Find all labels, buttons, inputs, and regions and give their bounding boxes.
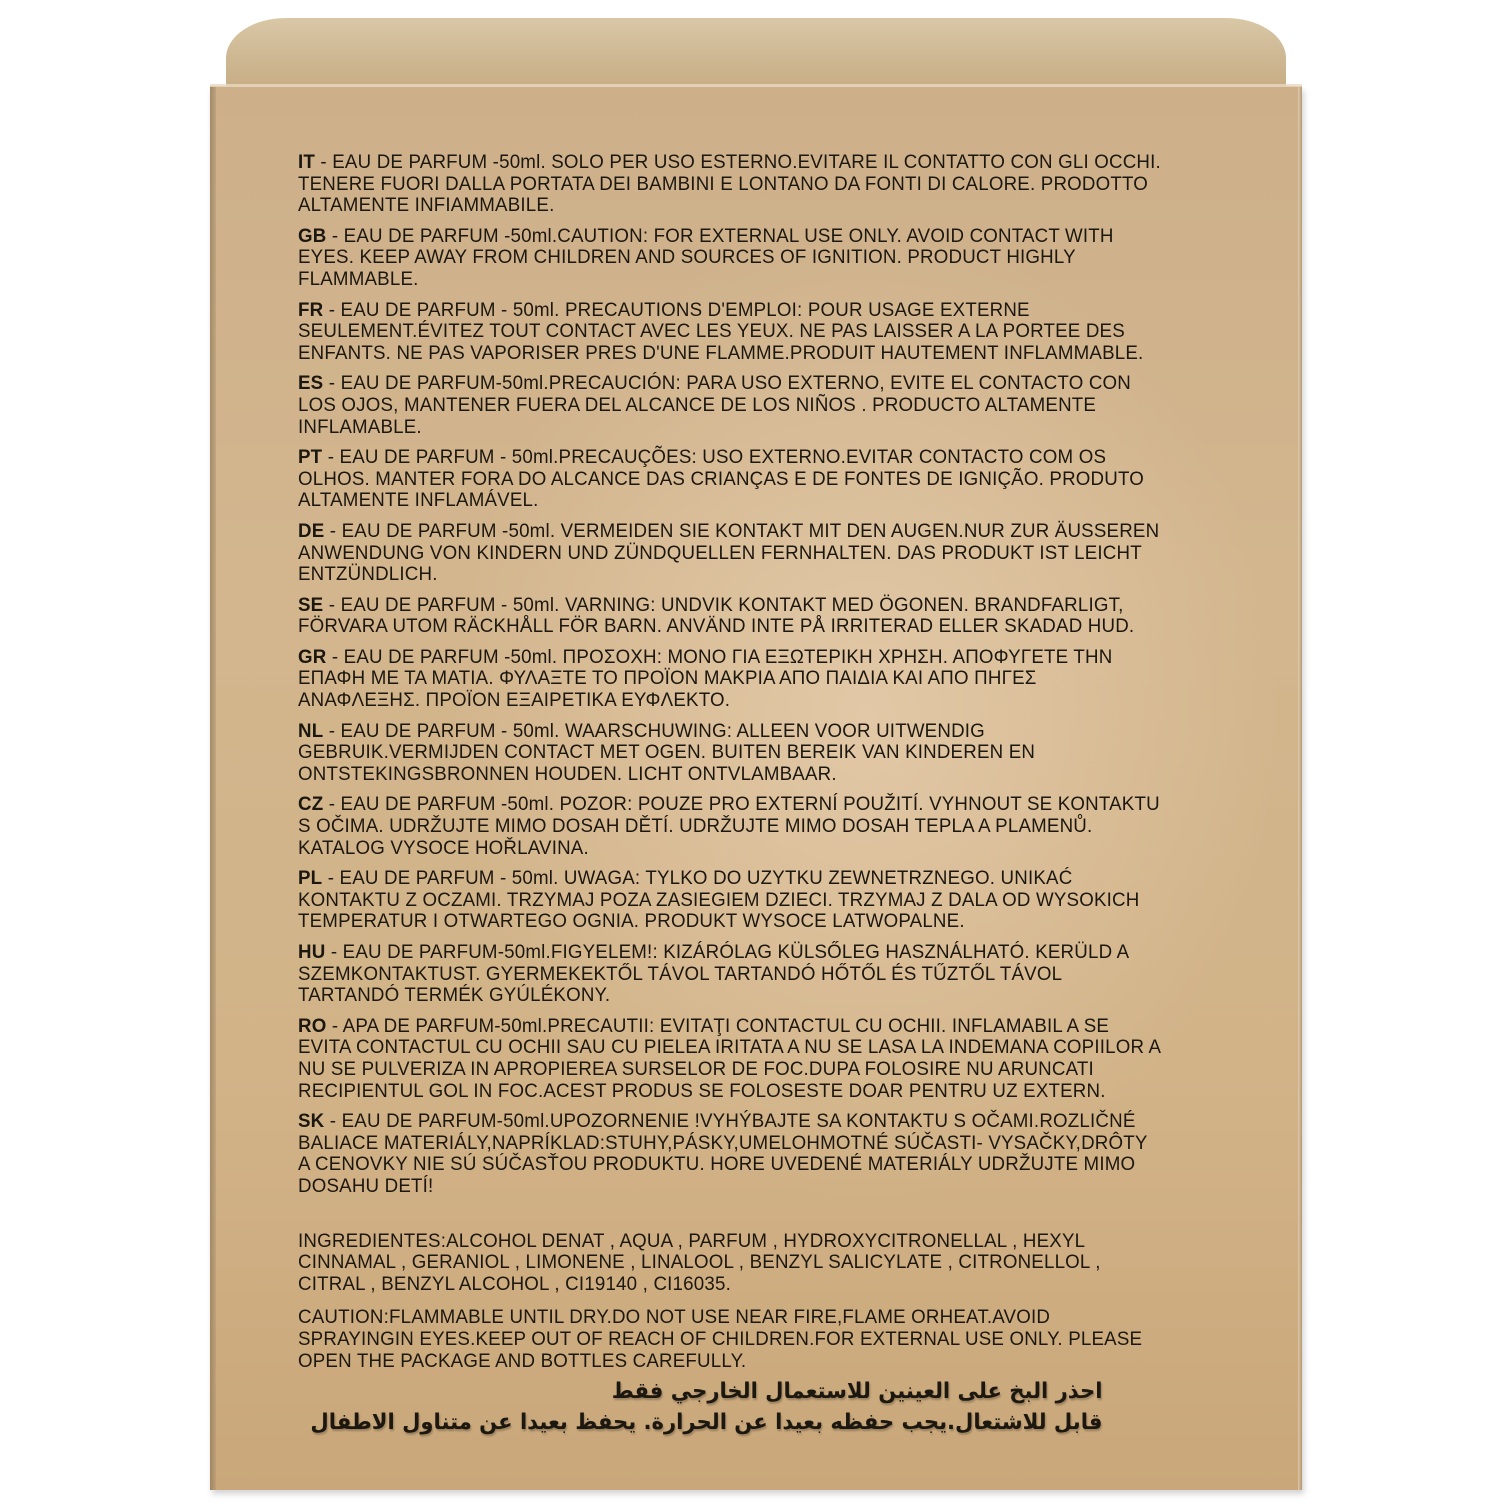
language-code: GB [298, 225, 326, 247]
warning-block-ro: RO - APA DE PARFUM-50ml.PRECAUTII: EVITA… [298, 1016, 1162, 1102]
warning-text: - APA DE PARFUM-50ml.PRECAUTII: EVITAŢI … [298, 1015, 1160, 1102]
warning-text: - EAU DE PARFUM - 50ml. PRECAUTIONS D'EM… [298, 299, 1143, 364]
lid-crease [210, 84, 1302, 87]
language-code: SE [298, 594, 323, 616]
warning-block-nl: NL - EAU DE PARFUM - 50ml. WAARSCHUWING:… [298, 721, 1162, 786]
warning-block-hu: HU - EAU DE PARFUM-50ml.FIGYELEM!: KIZÁR… [298, 942, 1162, 1007]
warning-block-fr: FR - EAU DE PARFUM - 50ml. PRECAUTIONS D… [298, 300, 1162, 365]
warning-text: - EAU DE PARFUM - 50ml. VARNING: UNDVIK … [298, 594, 1134, 638]
warning-text: - EAU DE PARFUM -50ml. VERMEIDEN SIE KON… [298, 520, 1159, 585]
warning-block-pl: PL - EAU DE PARFUM - 50ml. UWAGA: TYLKO … [298, 868, 1162, 933]
warning-block-cz: CZ - EAU DE PARFUM -50ml. POZOR: POUZE P… [298, 794, 1162, 859]
warning-text: - EAU DE PARFUM -50ml. ΠΡΟΣΟΧΗ: ΜΟΝΟ ΓΙΑ… [298, 646, 1112, 711]
language-code: CZ [298, 793, 323, 815]
box-lid [226, 18, 1286, 88]
multilingual-warnings: IT - EAU DE PARFUM -50ml. SOLO PER USO E… [298, 152, 1162, 1198]
language-code: RO [298, 1015, 326, 1037]
warning-block-pt: PT - EAU DE PARFUM - 50ml.PRECAUÇÕES: US… [298, 447, 1162, 512]
warning-block-se: SE - EAU DE PARFUM - 50ml. VARNING: UNDV… [298, 595, 1162, 638]
language-code: GR [298, 646, 326, 668]
language-code: PT [298, 446, 322, 468]
language-code: PL [298, 867, 322, 889]
label-text: IT - EAU DE PARFUM -50ml. SOLO PER USO E… [298, 152, 1162, 1438]
warning-text: - EAU DE PARFUM -50ml.CAUTION: FOR EXTER… [298, 225, 1114, 290]
warning-block-it: IT - EAU DE PARFUM -50ml. SOLO PER USO E… [298, 152, 1162, 217]
warning-block-gr: GR - EAU DE PARFUM -50ml. ΠΡΟΣΟΧΗ: ΜΟΝΟ … [298, 647, 1162, 712]
arabic-warning-line-2: قابل للاشتعال.يجب حفظه بعيدا عن الحرارة.… [298, 1407, 1102, 1438]
arabic-warning-line-1: احذر البخ على العينين للاستعمال الخارجي … [298, 1376, 1102, 1407]
warning-block-de: DE - EAU DE PARFUM -50ml. VERMEIDEN SIE … [298, 521, 1162, 586]
language-code: SK [298, 1110, 324, 1132]
language-code: FR [298, 299, 323, 321]
language-code: IT [298, 151, 315, 173]
language-code: ES [298, 372, 323, 394]
spacer [298, 1207, 1162, 1231]
warning-text: - EAU DE PARFUM-50ml.FIGYELEM!: KIZÁRÓLA… [298, 941, 1128, 1006]
language-code: HU [298, 941, 325, 963]
warning-text: - EAU DE PARFUM-50ml.UPOZORNENIE !VYHÝBA… [298, 1110, 1147, 1197]
warning-text: - EAU DE PARFUM -50ml. SOLO PER USO ESTE… [298, 151, 1161, 216]
language-code: DE [298, 520, 324, 542]
warning-text: - EAU DE PARFUM - 50ml.PRECAUÇÕES: USO E… [298, 446, 1144, 511]
warning-block-sk: SK - EAU DE PARFUM-50ml.UPOZORNENIE !VYH… [298, 1111, 1162, 1197]
warning-text: - EAU DE PARFUM-50ml.PRECAUCIÓN: PARA US… [298, 372, 1131, 437]
warning-block-gb: GB - EAU DE PARFUM -50ml.CAUTION: FOR EX… [298, 226, 1162, 291]
warning-block-es: ES - EAU DE PARFUM-50ml.PRECAUCIÓN: PARA… [298, 373, 1162, 438]
caution-text: CAUTION:FLAMMABLE UNTIL DRY.DO NOT USE N… [298, 1307, 1162, 1372]
warning-text: - EAU DE PARFUM -50ml. POZOR: POUZE PRO … [298, 793, 1160, 858]
ingredients-list: INGREDIENTES:ALCOHOL DENAT , AQUA , PARF… [298, 1231, 1162, 1296]
warning-text: - EAU DE PARFUM - 50ml. WAARSCHUWING: AL… [298, 720, 1035, 785]
warning-text: - EAU DE PARFUM - 50ml. UWAGA: TYLKO DO … [298, 867, 1139, 932]
language-code: NL [298, 720, 323, 742]
